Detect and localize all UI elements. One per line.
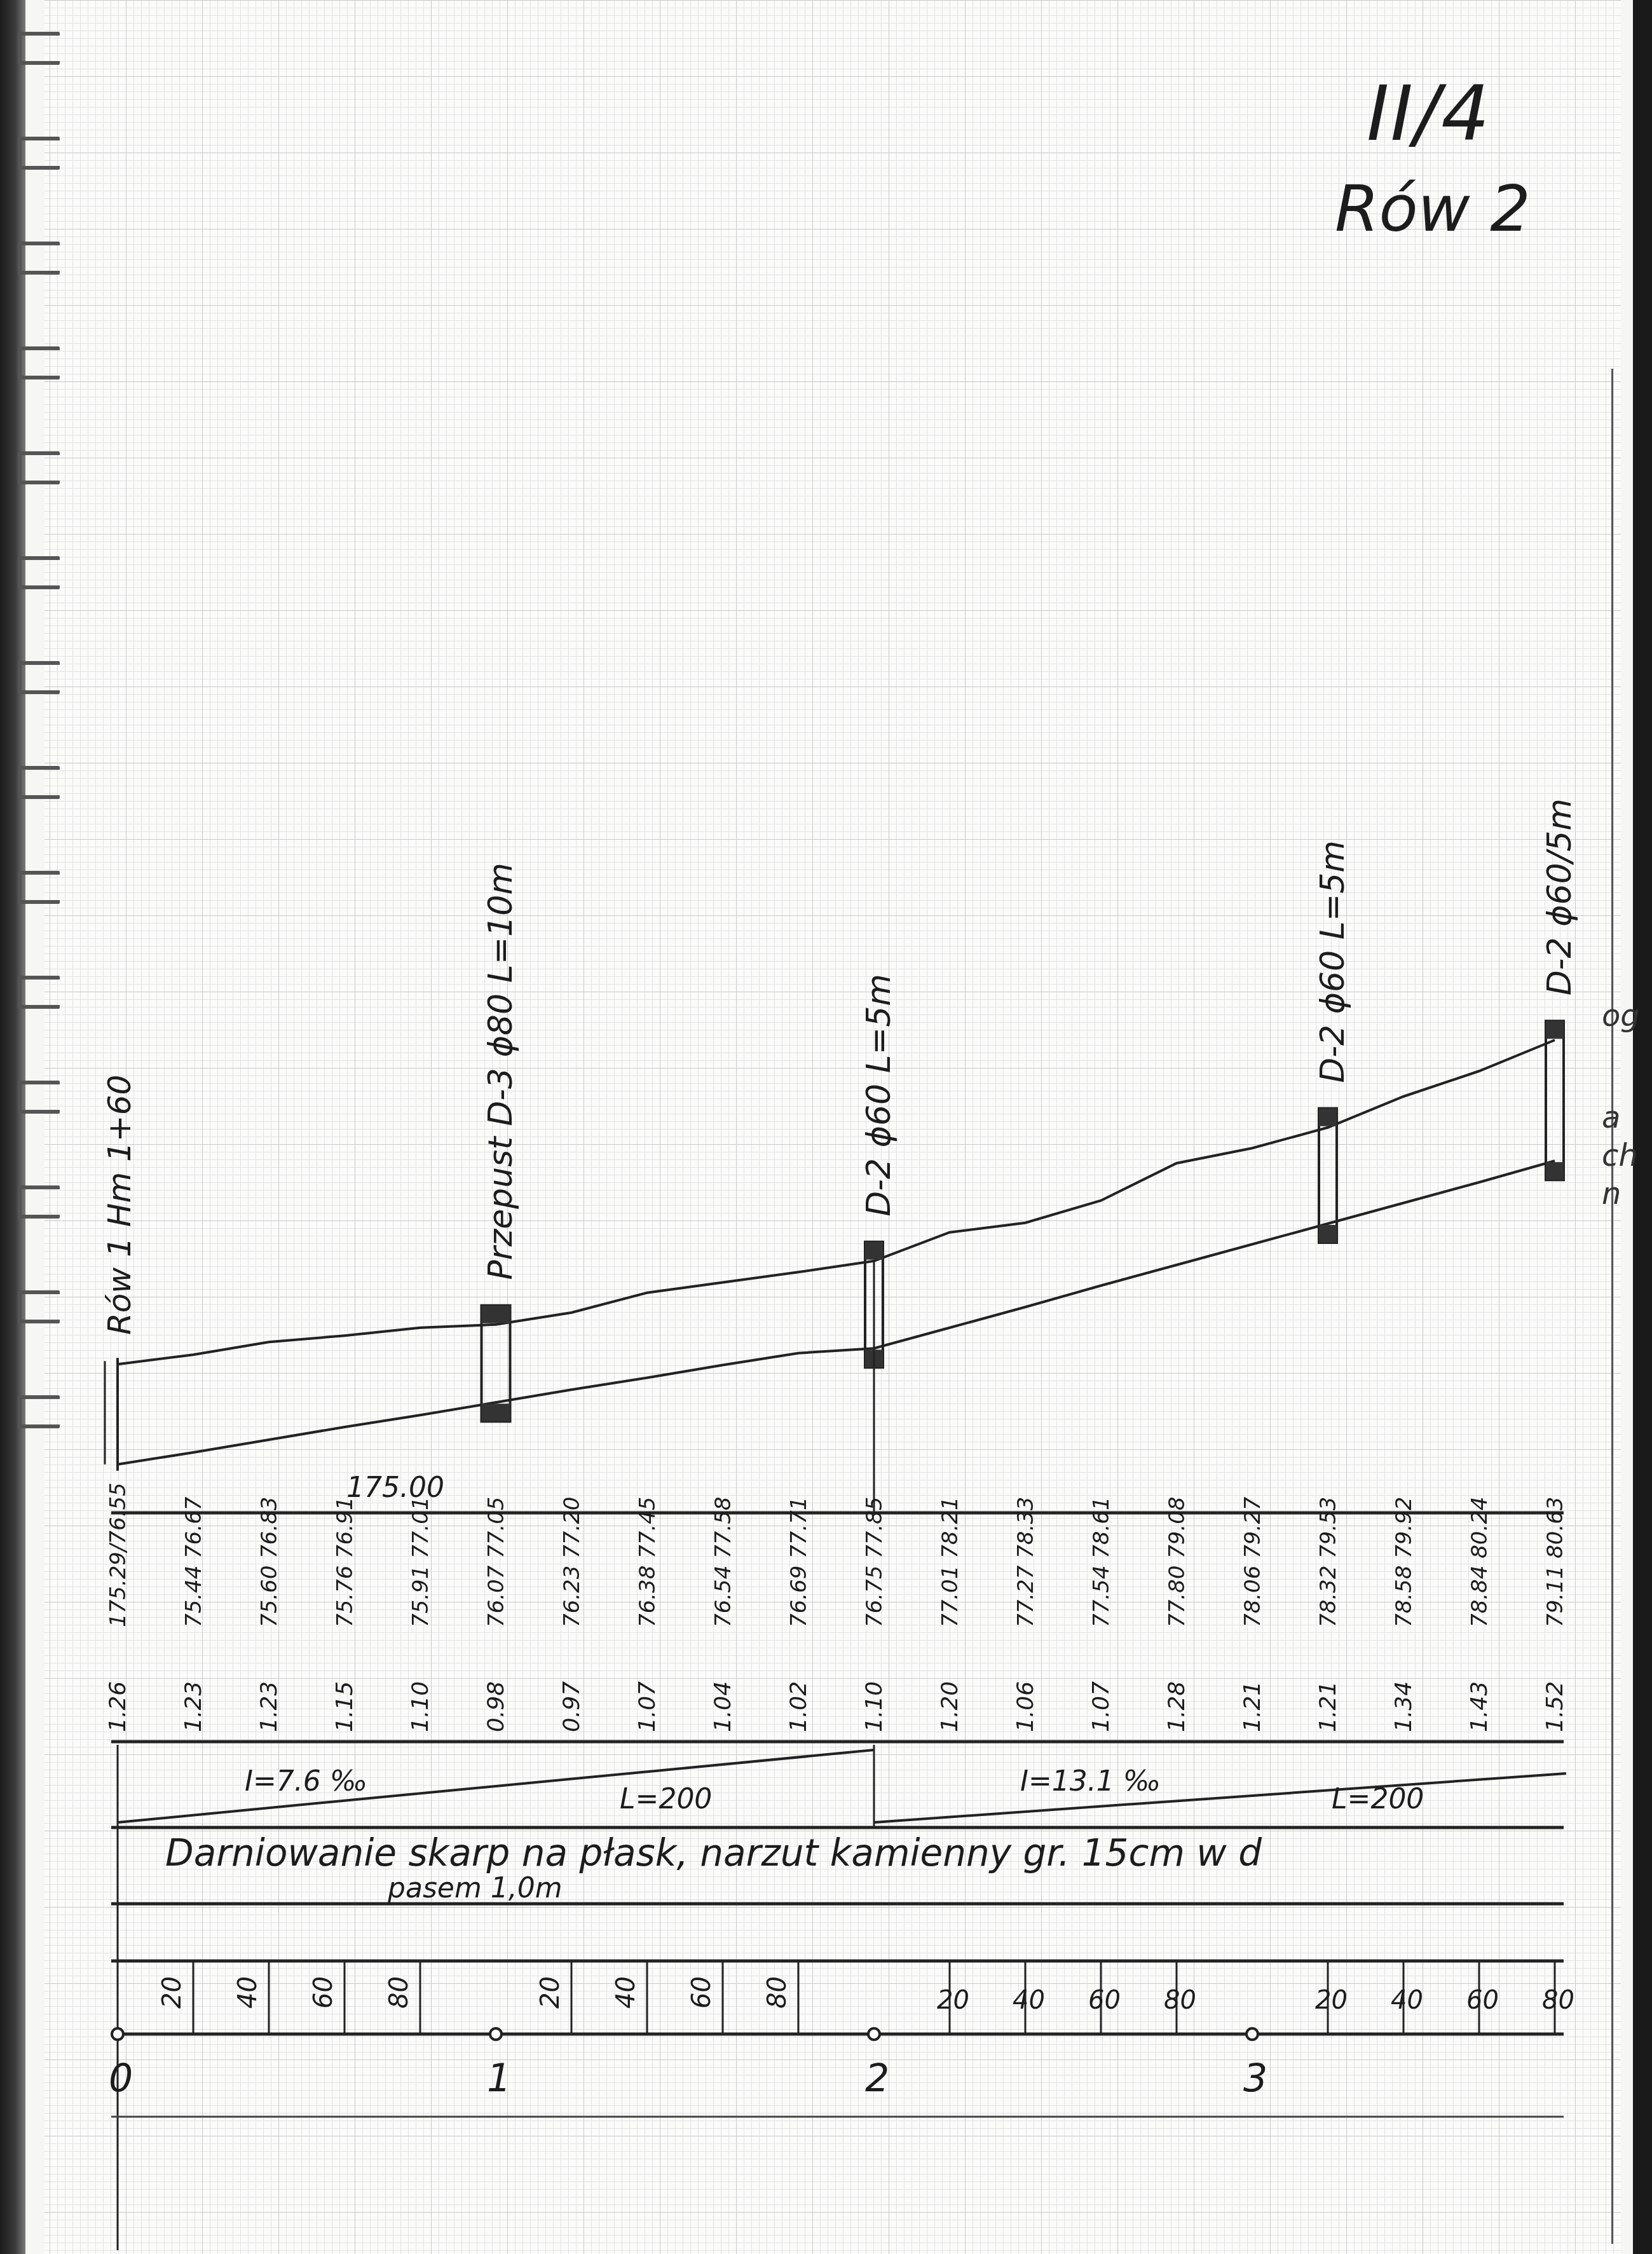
- longitudinal-profile-drawing: Przepust D-3 ϕ80 L=10mD-2 ϕ60 L=5mD-2 ϕ6…: [0, 0, 1652, 2254]
- elevation-cell: 78.58 79.92: [1391, 1497, 1417, 1627]
- hectometer-marker: [868, 2028, 880, 2040]
- depth-cell: 1.15: [332, 1681, 358, 1732]
- hectometer-minor-label: 80: [1542, 1986, 1574, 2015]
- hectometer-minor-label: 20: [158, 1976, 187, 2009]
- hectometer-minor-label: 60: [1466, 1986, 1499, 2015]
- elevation-cell: 75.76 76.91: [332, 1497, 358, 1627]
- hectometer-minor-label: 20: [1315, 1986, 1348, 2015]
- hectometer-minor-label: 80: [385, 1976, 414, 2009]
- hectometer-label: 1: [487, 2056, 511, 2101]
- hectometer-minor-label: 20: [937, 1986, 969, 2015]
- connection-label: Rów 1 Hm 1+60: [101, 1075, 138, 1335]
- culvert-headwall: [482, 1306, 510, 1323]
- elevation-cell: 76.07 77.05: [484, 1497, 509, 1627]
- hectometer-minor-label: 40: [1391, 1986, 1423, 2015]
- depth-cell: 1.07: [634, 1681, 660, 1732]
- depth-cell: 1.06: [1013, 1681, 1039, 1732]
- slope-line: [118, 1750, 874, 1822]
- culvert-headwall: [482, 1404, 510, 1421]
- elevation-cell: 77.80 79.08: [1164, 1497, 1190, 1627]
- culvert-label: D-2 ϕ60 L=5m: [1314, 840, 1352, 1083]
- elevation-cell: 75.60 76.83: [257, 1497, 282, 1627]
- slope-length-label: L=200: [1332, 1783, 1424, 1815]
- depth-cell: 1.10: [861, 1681, 887, 1732]
- hectometer-minor-label: 80: [763, 1976, 792, 2009]
- remark-text: Darniowanie skarp na płask, narzut kamie…: [165, 1831, 1262, 1875]
- elevation-cell: 77.27 78.33: [1013, 1497, 1039, 1627]
- hectometer-label: 2: [865, 2056, 889, 2101]
- hectometer-minor-label: 20: [536, 1976, 565, 2009]
- depth-cell: 1.21: [1239, 1681, 1266, 1732]
- hectometer-marker: [490, 2028, 502, 2040]
- culvert-label: D-2 ϕ60 L=5m: [860, 974, 898, 1217]
- depth-cell: 1.04: [710, 1681, 736, 1732]
- hectometer-label: 0: [109, 2056, 133, 2101]
- culvert-label: D-2 ϕ60/5m: [1541, 798, 1579, 995]
- elevation-cell: 76.69 77.71: [786, 1497, 812, 1627]
- elevation-cell: 75.44 76.67: [181, 1496, 207, 1627]
- depth-cell: 1.21: [1315, 1681, 1341, 1732]
- depth-cell: 0.97: [559, 1681, 585, 1732]
- slope-line: [874, 1773, 1566, 1822]
- depth-cell: 1.26: [105, 1681, 131, 1732]
- hectometer-minor-label: 60: [687, 1976, 716, 2009]
- depth-cell: 1.02: [786, 1681, 812, 1732]
- culvert-label: Przepust D-3 ϕ80 L=10m: [482, 863, 520, 1280]
- slope-length-label: L=200: [620, 1783, 712, 1815]
- elevation-cell: 77.01 78.21: [938, 1497, 963, 1627]
- elevation-cell: 76.75 77.85: [862, 1497, 887, 1627]
- culvert-headwall: [1319, 1109, 1337, 1126]
- elevation-cell: 78.84 80.24: [1467, 1497, 1492, 1627]
- hectometer-minor-label: 80: [1164, 1986, 1196, 2015]
- culvert-outline: [1546, 1021, 1564, 1180]
- hectometer-minor-label: 40: [1013, 1986, 1045, 2015]
- hectometer-minor-label: 40: [611, 1976, 641, 2009]
- slope-label: I=13.1 ‰: [1020, 1765, 1161, 1798]
- depth-cell: 1.07: [1088, 1681, 1114, 1732]
- hectometer-marker: [1246, 2028, 1258, 2040]
- depth-cell: 1.34: [1391, 1681, 1417, 1732]
- culvert-headwall: [1319, 1225, 1337, 1243]
- elevation-cell: 78.06 79.27: [1240, 1496, 1266, 1627]
- elevation-cell: 76.23 77.20: [559, 1497, 585, 1627]
- hectometer-minor-label: 60: [1088, 1986, 1121, 2015]
- culvert-headwall: [865, 1242, 883, 1260]
- hectometer-label: 3: [1243, 2056, 1267, 2101]
- ditch-bottom-line: [118, 1161, 1555, 1465]
- hectometer-minor-label: 60: [309, 1976, 338, 2009]
- depth-cell: 1.23: [181, 1681, 207, 1732]
- slope-label: I=7.6 ‰: [245, 1765, 367, 1798]
- elevation-cell: 76.54 77.58: [711, 1497, 736, 1627]
- elevation-cell: 76.38 77.45: [635, 1497, 660, 1627]
- culvert-headwall: [1546, 1162, 1564, 1180]
- elevation-cell: 77.54 78.61: [1089, 1497, 1114, 1627]
- culvert-headwall: [1546, 1021, 1564, 1039]
- remark-text: pasem 1,0m: [387, 1872, 563, 1904]
- terrain-line: [118, 1040, 1555, 1364]
- depth-cell: 1.20: [937, 1681, 963, 1732]
- elevation-cell: 175.29/76.55: [106, 1482, 131, 1627]
- elevation-cell: 78.32 79.53: [1316, 1497, 1341, 1627]
- depth-cell: 1.10: [407, 1681, 433, 1732]
- depth-cell: 1.43: [1466, 1681, 1492, 1732]
- depth-cell: 0.98: [483, 1681, 509, 1732]
- hectometer-minor-label: 40: [233, 1976, 263, 2009]
- hectometer-marker: [112, 2028, 123, 2040]
- depth-cell: 1.23: [256, 1681, 282, 1732]
- elevation-cell: 79.11 80.63: [1543, 1497, 1568, 1627]
- depth-cell: 1.52: [1542, 1681, 1568, 1732]
- depth-cell: 1.28: [1164, 1681, 1190, 1732]
- elevation-cell: 75.91 77.01: [408, 1497, 433, 1627]
